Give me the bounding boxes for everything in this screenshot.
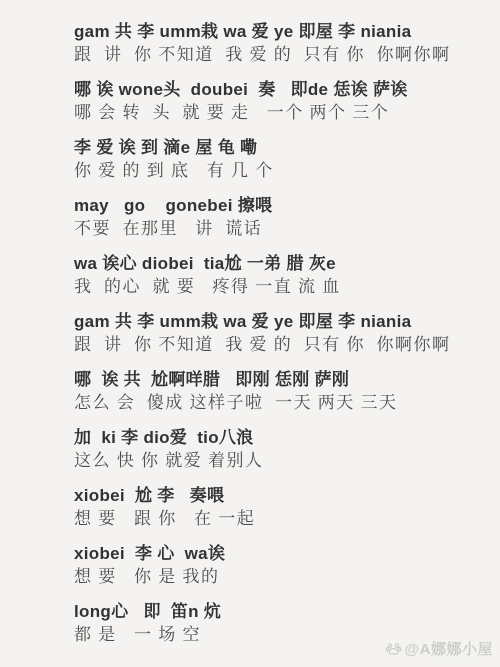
watermark-text: @A娜娜小屋 [405,638,493,659]
stanza: xiobei 李 心 wa诶 想 要 你 是 我的 [74,543,490,588]
translation-line: 想 要 你 是 我的 [74,565,490,588]
stanza: may go gonebei 擦喂 不要 在那里 讲 谎话 [74,195,490,240]
watermark: @A娜娜小屋 [385,638,493,659]
phonetic-line: xiobei 李 心 wa诶 [74,543,490,565]
stanza: 加 ki 李 dio爱 tio八浪 这么 快 你 就爱 着别人 [74,427,490,472]
stanza: xiobei 尬 李 奏喂 想 要 跟 你 在 一起 [74,485,490,530]
phonetic-line: 李 爱 诶 到 滴e 屋 龟 嘞 [74,137,490,159]
phonetic-line: gam 共 李 umm栽 wa 爱 ye 即屋 李 niania [74,21,490,43]
translation-line: 哪 会 转 头 就 要 走 一个 两个 三个 [74,101,490,124]
translation-line: 这么 快 你 就爱 着别人 [74,449,490,472]
translation-line: 你 爱 的 到 底 有 几 个 [74,159,490,182]
phonetic-line: xiobei 尬 李 奏喂 [74,485,490,507]
paw-icon [385,640,402,657]
phonetic-line: 加 ki 李 dio爱 tio八浪 [74,427,490,449]
translation-line: 跟 讲 你 不知道 我 爱 的 只有 你 你啊你啊 [74,43,490,66]
phonetic-line: may go gonebei 擦喂 [74,195,490,217]
lyrics-body: gam 共 李 umm栽 wa 爱 ye 即屋 李 niania 跟 讲 你 不… [0,0,500,646]
phonetic-line: wa 诶心 diobei tia尬 一弟 腊 灰e [74,253,490,275]
stanza: wa 诶心 diobei tia尬 一弟 腊 灰e 我 的心 就 要 疼得 一直… [74,253,490,298]
phonetic-line: 哪 诶 共 尬啊咩腊 即刚 恁刚 萨刚 [74,369,490,391]
translation-line: 我 的心 就 要 疼得 一直 流 血 [74,275,490,298]
stanza: 李 爱 诶 到 滴e 屋 龟 嘞 你 爱 的 到 底 有 几 个 [74,137,490,182]
translation-line: 怎么 会 傻成 这样子啦 一天 两天 三天 [74,391,490,414]
stanza: gam 共 李 umm栽 wa 爱 ye 即屋 李 niania 跟 讲 你 不… [74,311,490,356]
translation-line: 想 要 跟 你 在 一起 [74,507,490,530]
phonetic-line: 哪 诶 wone头 doubei 奏 即de 恁诶 萨诶 [74,79,490,101]
stanza: 哪 诶 共 尬啊咩腊 即刚 恁刚 萨刚 怎么 会 傻成 这样子啦 一天 两天 三… [74,369,490,414]
stanza: gam 共 李 umm栽 wa 爱 ye 即屋 李 niania 跟 讲 你 不… [74,21,490,66]
translation-line: 不要 在那里 讲 谎话 [74,217,490,240]
phonetic-line: long心 即 笛n 炕 [74,601,490,623]
translation-line: 跟 讲 你 不知道 我 爱 的 只有 你 你啊你啊 [74,333,490,356]
lyrics-page: gam 共 李 umm栽 wa 爱 ye 即屋 李 niania 跟 讲 你 不… [0,0,500,667]
phonetic-line: gam 共 李 umm栽 wa 爱 ye 即屋 李 niania [74,311,490,333]
stanza: 哪 诶 wone头 doubei 奏 即de 恁诶 萨诶 哪 会 转 头 就 要… [74,79,490,124]
